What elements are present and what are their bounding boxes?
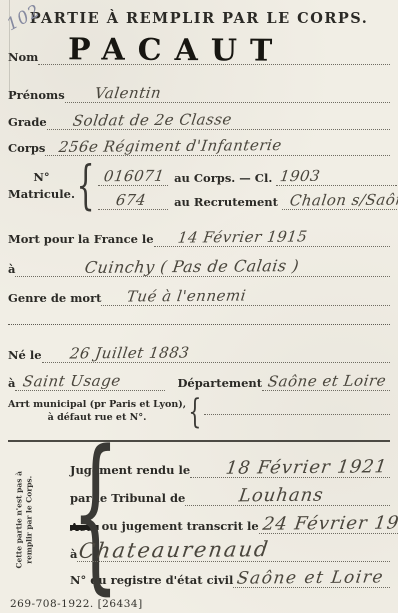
ne-a-line: Saint Usage — [15, 371, 165, 391]
jugement-section: Cette partie n'est pas à remplir par le … — [8, 450, 390, 588]
jugement-transcrit-value: 24 Février 1921 — [261, 512, 398, 534]
registre-value: Saône et Loire — [236, 567, 386, 588]
departement-label: Département — [165, 376, 262, 391]
print-reference: 269-708-1922. [26434] — [10, 598, 390, 610]
mort-le-value: 14 Février 1915 — [176, 227, 308, 246]
matricule-recrutement-value: Chalon s/Saône — [289, 190, 398, 209]
nom-label: Nom — [8, 50, 38, 65]
matricule-corps-row: 016071 au Corps. — Cl. 1903 — [98, 162, 398, 186]
field-corps: Corps 256e Régiment d'Infanterie — [8, 132, 390, 156]
section-dotted-separator — [8, 324, 390, 325]
field-genre-mort: Genre de mort Tué à l'ennemi — [8, 280, 390, 306]
matricule-classe-value: 1903 — [279, 167, 322, 185]
genre-mort-line: Tué à l'ennemi — [101, 286, 390, 306]
jugement-transcrit-line: 24 Février 1921 — [259, 513, 398, 534]
mort-le-line: 14 Février 1915 — [154, 227, 390, 247]
matricule-label: N° Matricule. — [8, 169, 75, 204]
jugement-lieu-value: Chateaurenaud — [78, 537, 272, 563]
prenoms-value: Valentin — [93, 84, 162, 103]
field-matricule: N° Matricule. { 016071 au Corps. — Cl. 1… — [8, 162, 390, 210]
registre-line: Saône et Loire — [233, 568, 390, 588]
field-jugement-lieu: à Chateaurenaud — [70, 534, 390, 562]
jugement-lieu-line: Chateaurenaud — [77, 538, 390, 562]
military-death-record-card: 102 PARTIE À REMPLIR PAR LE CORPS. Nom P… — [0, 0, 398, 613]
section-solid-separator — [8, 440, 390, 442]
departement-value: Saône et Loire — [267, 371, 388, 390]
genre-mort-value: Tué à l'ennemi — [126, 286, 248, 305]
ne-a-value: Saint Usage — [22, 372, 122, 391]
departement-line: Saône et Loire — [262, 371, 390, 391]
matricule-corps-suffix: au Corps. — Cl. — [168, 171, 276, 186]
jugement-rendu-value: 18 Février 1921 — [225, 456, 389, 478]
matricule-brace: { — [76, 164, 94, 208]
matricule-corps-line: 016071 — [98, 166, 168, 186]
nom-value-stamp: PACAUT — [68, 35, 286, 67]
jugement-tribunal-value: Louhans — [238, 485, 325, 507]
nom-line: PACAUT — [38, 36, 390, 65]
ne-le-line: 26 Juillet 1883 — [42, 343, 390, 363]
corps-line: 256e Régiment d'Infanterie — [45, 136, 390, 156]
arrondissement-brace: { — [188, 398, 201, 426]
matricule-recrutement-value-line: Chalon s/Saône — [282, 190, 398, 210]
prenoms-line: Valentin — [65, 83, 390, 103]
matricule-recrutement-row: 674 au Recrutement Chalon s/Saône — [98, 186, 398, 210]
grade-line: Soldat de 2e Classe — [47, 110, 390, 130]
arrondissement-line — [204, 410, 390, 415]
arrondissement-label-line1: Arrt municipal (pr Paris et Lyon), — [8, 399, 186, 412]
matricule-label-line1: N° — [8, 169, 75, 186]
ne-le-label: Né le — [8, 348, 42, 363]
ne-le-value: 26 Juillet 1883 — [68, 343, 190, 362]
prenoms-label: Prénoms — [8, 88, 65, 103]
ne-a-label: à — [8, 376, 15, 391]
jugement-tribunal-line: Louhans — [185, 485, 390, 506]
jugement-rendu-line: 18 Février 1921 — [190, 457, 390, 478]
jugement-side-note: Cette partie n'est pas à remplir par le … — [14, 455, 34, 585]
field-nom: Nom PACAUT — [8, 29, 390, 65]
field-ne-le: Né le 26 Juillet 1883 — [8, 337, 390, 363]
field-grade: Grade Soldat de 2e Classe — [8, 106, 390, 130]
corps-value: 256e Régiment d'Infanterie — [58, 136, 283, 156]
genre-mort-label: Genre de mort — [8, 291, 101, 306]
mort-le-label: Mort pour la France le — [8, 232, 154, 247]
field-ne-a: à Saint Usage Département Saône et Loire — [8, 365, 390, 391]
matricule-recrutement-number: 674 — [115, 191, 148, 209]
pencil-stroke — [0, 0, 2, 67]
mort-a-line: Cuinchy ( Pas de Calais ) — [15, 257, 390, 277]
jugement-transcrit-label: ou jugement transcrit le — [102, 519, 259, 534]
matricule-label-line2: Matricule. — [8, 186, 75, 203]
matricule-classe-line: 1903 — [276, 166, 396, 186]
mort-a-label: à — [8, 262, 15, 277]
field-mort-a: à Cuinchy ( Pas de Calais ) — [8, 251, 390, 277]
page-title: PARTIE À REMPLIR PAR LE CORPS. — [8, 10, 390, 27]
grade-value: Soldat de 2e Classe — [71, 110, 232, 129]
mort-a-value: Cuinchy ( Pas de Calais ) — [84, 256, 301, 277]
field-prenoms: Prénoms Valentin — [8, 79, 390, 103]
field-arrondissement: Arrt municipal (pr Paris et Lyon), à déf… — [8, 397, 390, 427]
field-mort-le: Mort pour la France le 14 Février 1915 — [8, 221, 390, 247]
corps-label: Corps — [8, 141, 45, 156]
matricule-corps-number: 016071 — [103, 167, 166, 186]
matricule-rows: 016071 au Corps. — Cl. 1903 674 au Recru… — [98, 162, 398, 210]
grade-label: Grade — [8, 115, 47, 130]
matricule-recrutement-line: 674 — [98, 190, 168, 210]
matricule-recrutement-label: au Recrutement — [168, 195, 282, 210]
